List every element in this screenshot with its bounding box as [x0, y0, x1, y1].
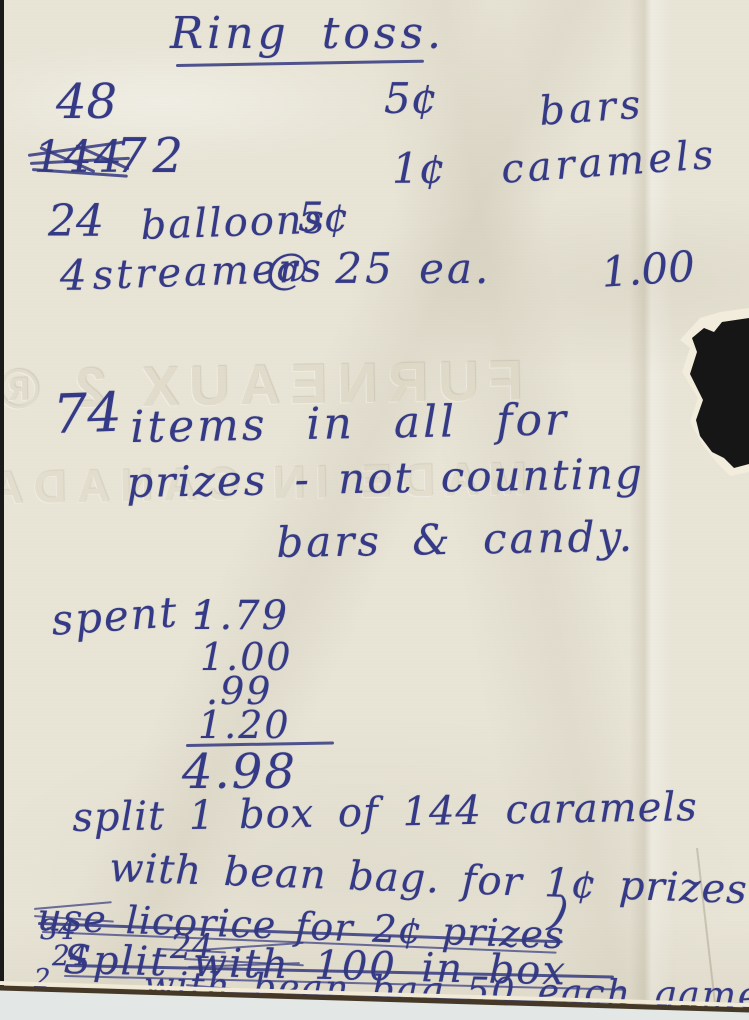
split-note-line1: split 1 box of 144 caramels — [72, 787, 698, 838]
spent-amount-4: 1.20 — [198, 706, 291, 744]
row4-total: 1.00 — [600, 245, 696, 293]
row4-qty: 4 — [60, 255, 87, 297]
spent-label: spent - — [50, 589, 211, 642]
row1-price: 5¢ — [384, 78, 437, 120]
row3-qty: 24 — [48, 200, 104, 244]
row3-price: 5¢ — [298, 198, 349, 238]
summary-line1: items in all for — [130, 398, 569, 450]
summary-qty: 74 — [52, 386, 123, 442]
row2-qty: 72 — [116, 132, 189, 180]
row1-item: bars — [538, 85, 646, 132]
note-title: Ring toss. — [170, 12, 445, 56]
row1-qty: 48 — [56, 78, 117, 126]
scanned-note: FURNEAUX 2 ® MADE IN CANADA Ring toss. 4… — [0, 0, 749, 1020]
row4-unit-price: @ 25 ea. — [266, 248, 491, 290]
spent-total: 4.98 — [182, 748, 297, 796]
row2-price: 1¢ — [392, 148, 445, 190]
spent-amount-1: 1.79 — [192, 596, 289, 636]
margin-number-3: 2 — [34, 966, 51, 992]
summary-line3: bars & candy. — [276, 516, 635, 564]
summary-line2: prizes - not counting — [126, 453, 644, 504]
